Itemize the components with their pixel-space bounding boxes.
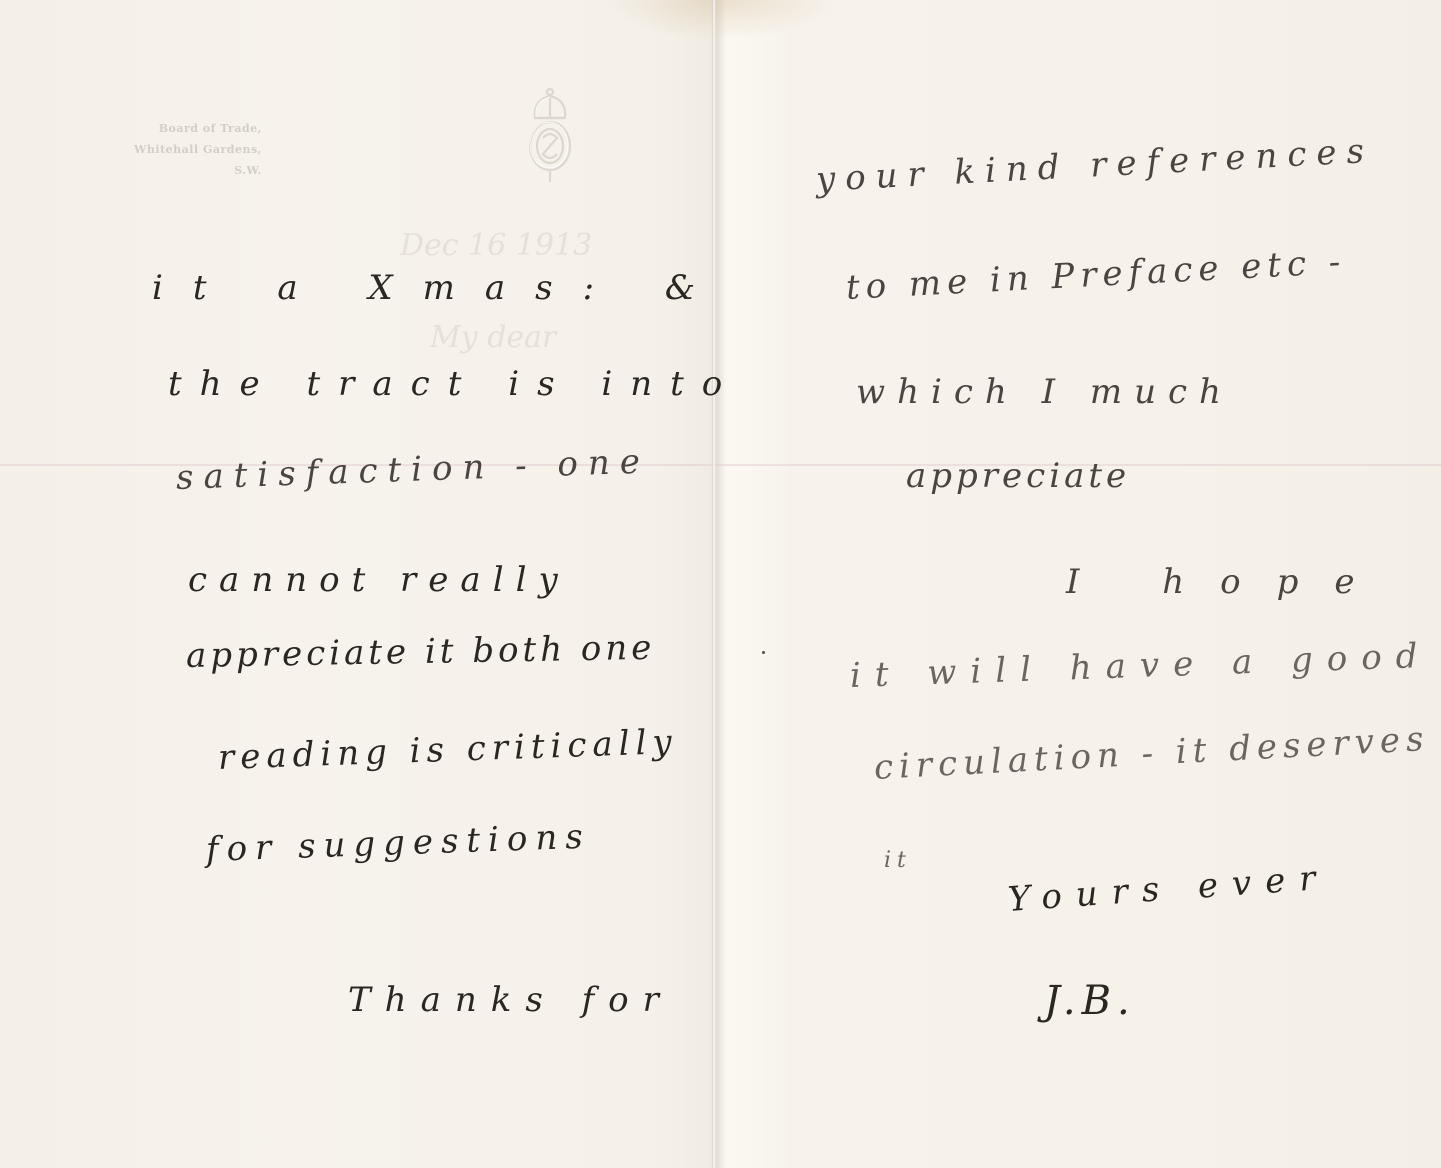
handwritten-closing: Yours ever <box>1007 858 1331 920</box>
handwritten-line: which I much <box>856 372 1233 412</box>
handwritten-line: your kind references <box>815 131 1375 200</box>
handwritten-line: appreciate <box>906 456 1130 496</box>
bleed-through-text: Dec 16 1913 <box>400 228 592 263</box>
ink-speck <box>762 651 765 654</box>
handwritten-line: circulation - it deserves <box>873 719 1430 788</box>
handwritten-line: reading is critically <box>217 722 678 778</box>
letterhead-line: Board of Trade, <box>92 118 262 139</box>
handwritten-line: it a Xmas: & <box>152 268 725 308</box>
bleed-through-text: My dear <box>430 320 556 355</box>
handwritten-line: for suggestions <box>205 817 591 870</box>
crown-cipher-icon <box>515 86 585 186</box>
handwritten-line: I hope <box>1066 562 1391 602</box>
handwritten-line: the tract is into <box>168 364 740 404</box>
handwritten-line: it will have a good <box>849 636 1432 696</box>
letterhead-line: S.W. <box>92 160 262 181</box>
left-page: Board of Trade, Whitehall Gardens, S.W. … <box>0 0 712 1168</box>
handwritten-line: to me in Preface etc - <box>845 242 1347 308</box>
letterhead-line: Whitehall Gardens, <box>92 139 262 160</box>
handwritten-line: cannot really <box>188 560 570 600</box>
handwritten-line: satisfaction - one <box>175 441 650 498</box>
signature: J.B. <box>1044 978 1136 1024</box>
right-page: your kind references to me in Preface et… <box>716 0 1441 1168</box>
letterhead-address: Board of Trade, Whitehall Gardens, S.W. <box>92 118 262 181</box>
handwritten-line: it <box>884 848 912 873</box>
handwritten-line: appreciate it both one <box>186 628 656 676</box>
handwritten-line: Thanks for <box>348 980 673 1020</box>
